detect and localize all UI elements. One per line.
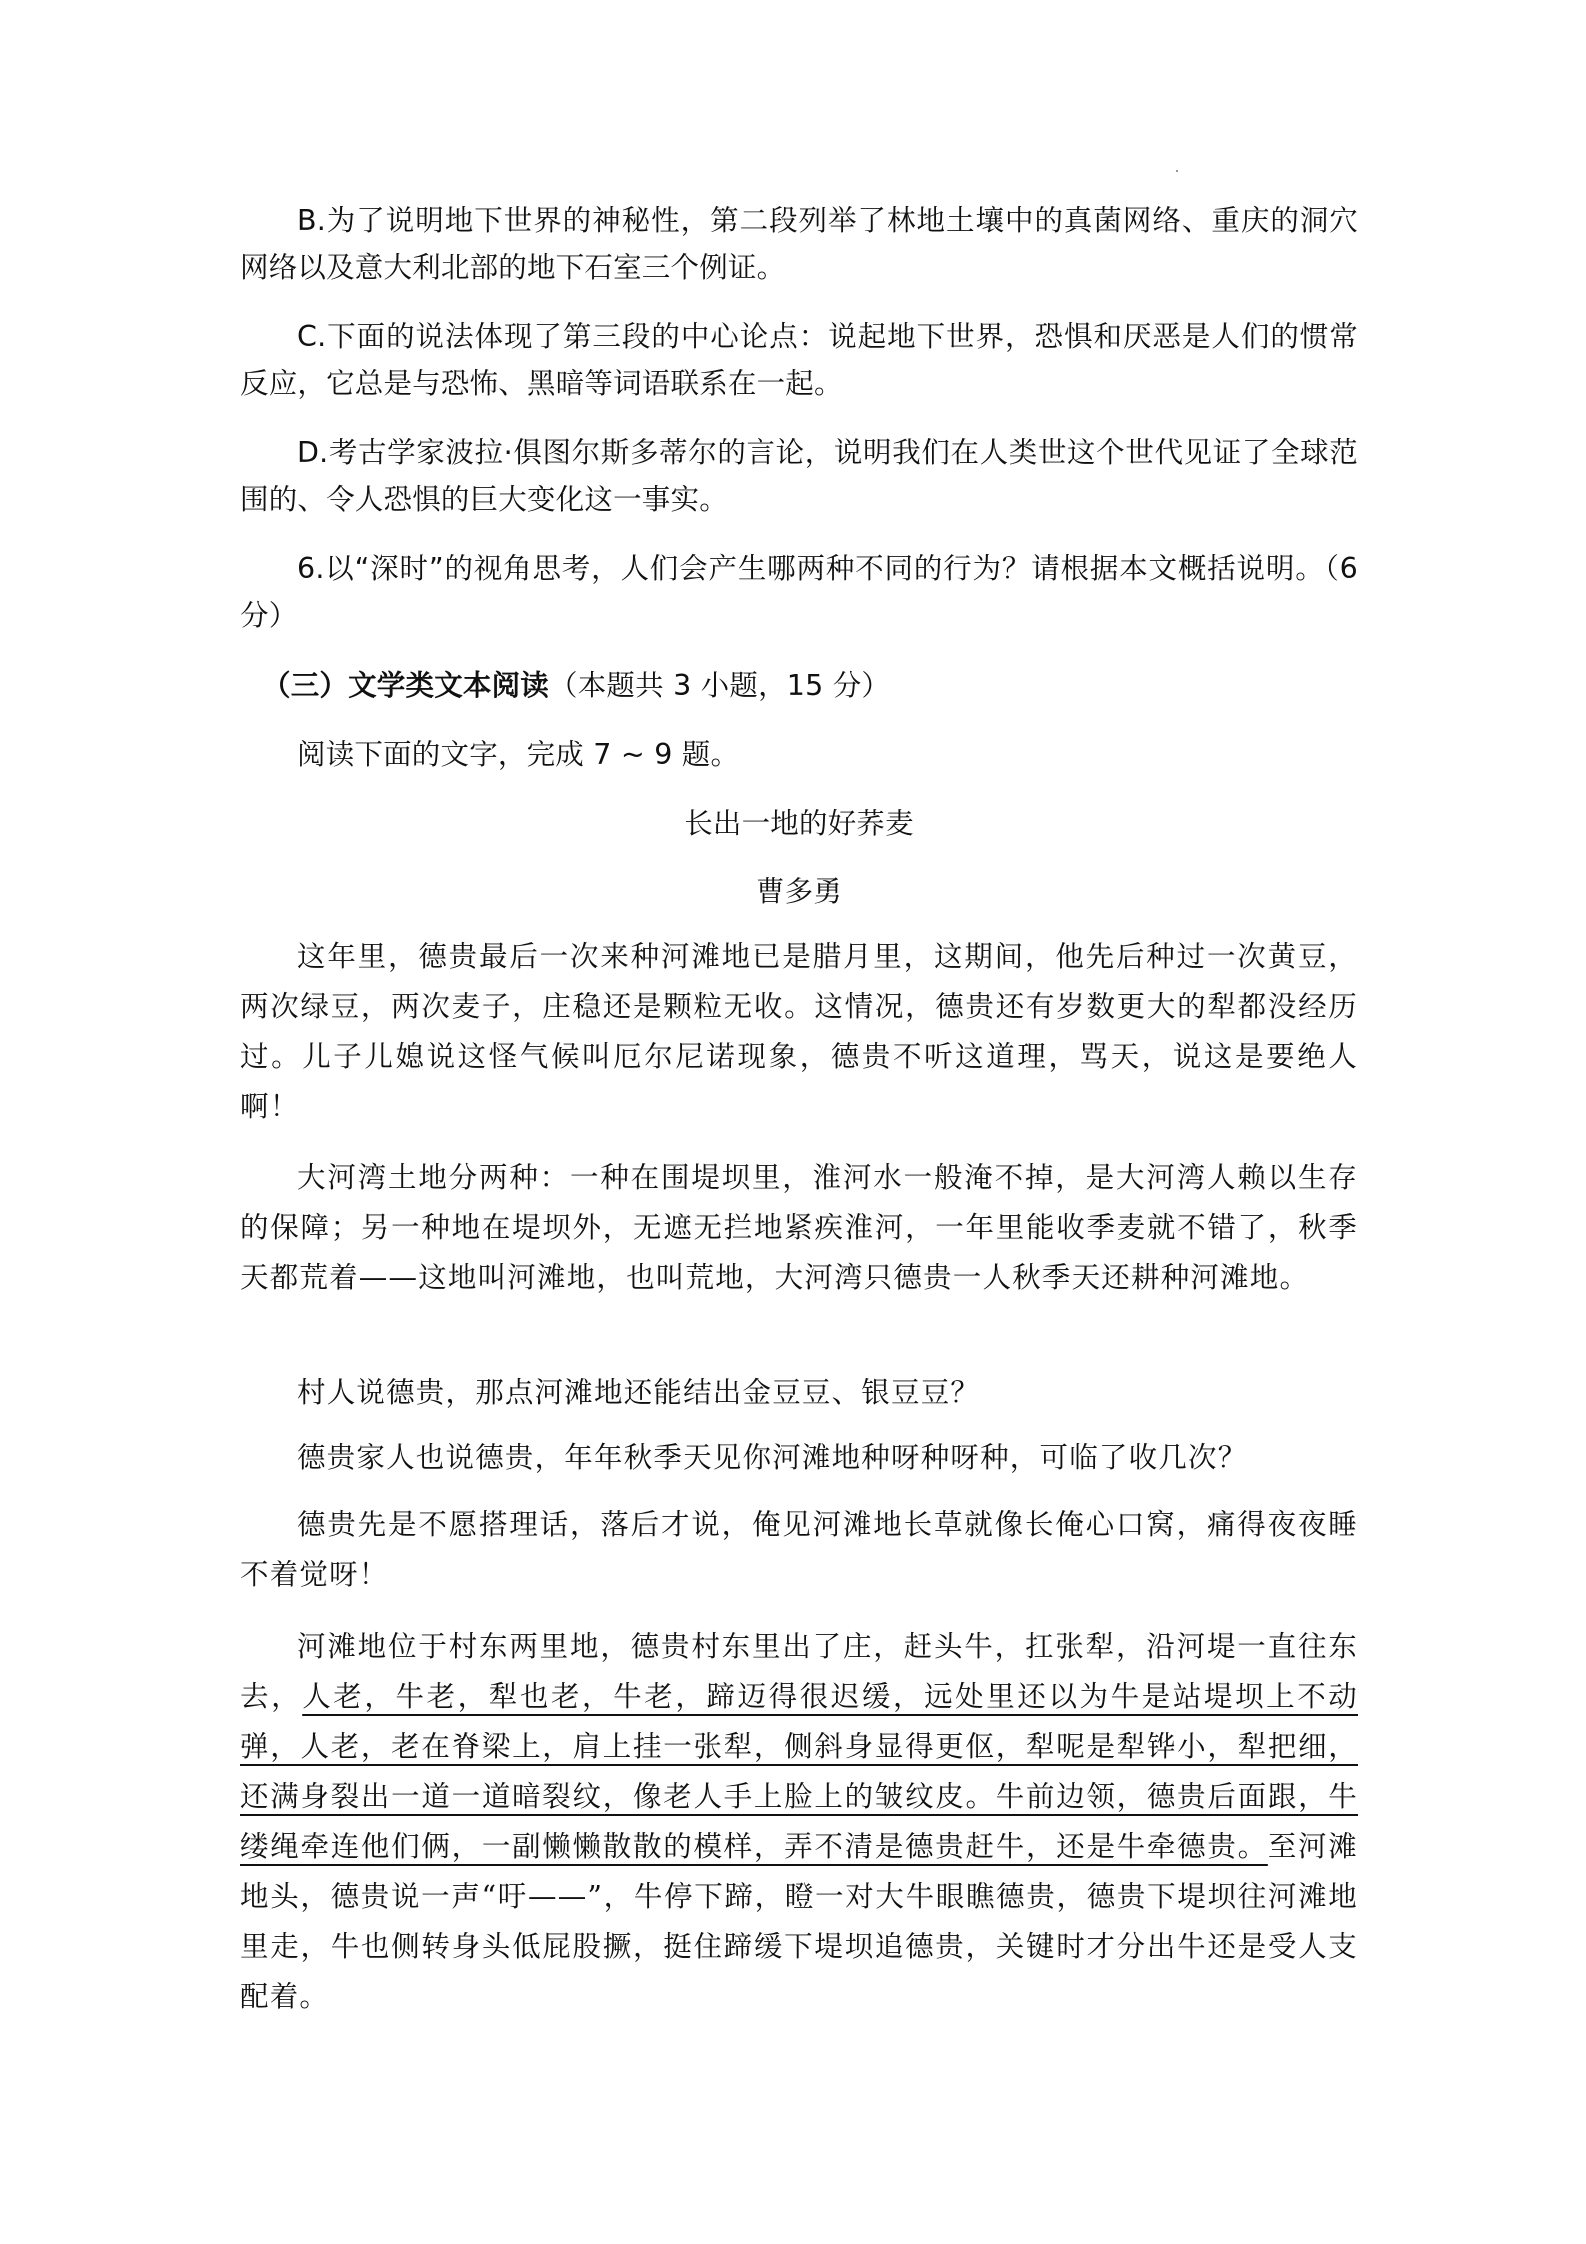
paragraph-text: 河滩地位于村东两里地，德贵村东里出了庄，赶头牛，扛张犁，沿河堤一直往东去，人老，… [240,1622,1358,2022]
paragraph-text: 村人说德贵，那点河滩地还能结出金豆豆、银豆豆？ [240,1368,1358,1418]
option-c: C.下面的说法体现了第三段的中心论点：说起地下世界，恐惧和厌恶是人们的惯常反应，… [240,313,1358,407]
story-paragraph-4: 德贵家人也说德贵，年年秋季天见你河滩地种呀种呀种，可临了收几次？ [240,1433,1358,1483]
exam-page: B.为了说明地下世界的神秘性，第二段列举了林地土壤中的真菌网络、重庆的洞穴网络以… [0,0,1586,2244]
story-paragraph-1: 这年里，德贵最后一次来种河滩地已是腊月里，这期间，他先后种过一次黄豆，两次绿豆，… [240,932,1358,1132]
story-paragraph-5: 德贵先是不愿搭理话，落后才说，俺见河滩地长草就像长俺心口窝，痛得夜夜睡不着觉呀！ [240,1500,1358,1600]
question-6-text: 6.以“深时”的视角思考，人们会产生哪两种不同的行为？请根据本文概括说明。（6分… [240,545,1358,639]
scan-speck [1176,170,1178,172]
instruction-text: 阅读下面的文字，完成 7 ~ 9 题。 [240,731,1358,778]
option-b-text: B.为了说明地下世界的神秘性，第二段列举了林地土壤中的真菌网络、重庆的洞穴网络以… [240,197,1358,291]
option-d-text: D.考古学家波拉·俱图尔斯多蒂尔的言论，说明我们在人类世这个世代见证了全球范围的… [240,429,1358,523]
option-b: B.为了说明地下世界的神秘性，第二段列举了林地土壤中的真菌网络、重庆的洞穴网络以… [240,197,1358,291]
option-d: D.考古学家波拉·俱图尔斯多蒂尔的言论，说明我们在人类世这个世代见证了全球范围的… [240,429,1358,523]
question-6: 6.以“深时”的视角思考，人们会产生哪两种不同的行为？请根据本文概括说明。（6分… [240,545,1358,639]
story-paragraph-3: 村人说德贵，那点河滩地还能结出金豆豆、银豆豆？ [240,1368,1358,1418]
section-note: （本题共 3 小题，15 分） [549,669,890,702]
story-title-block: 长出一地的好荞麦 [240,800,1358,847]
story-author-block: 曹多勇 [240,868,1358,915]
section-heading: （三）文学类文本阅读（本题共 3 小题，15 分） [262,662,1380,709]
story-title: 长出一地的好荞麦 [240,800,1358,847]
story-author: 曹多勇 [240,868,1358,915]
instruction: 阅读下面的文字，完成 7 ~ 9 题。 [240,731,1358,778]
paragraph-text: 大河湾土地分两种：一种在围堤坝里，淮河水一般淹不掉，是大河湾人赖以生存的保障；另… [240,1153,1358,1303]
underlined-passage: 人老，牛老，犁也老，牛老，蹄迈得很迟缓，远处里还以为牛是站堤坝上不动弹，人老，老… [240,1680,1358,1863]
story-paragraph-6: 河滩地位于村东两里地，德贵村东里出了庄，赶头牛，扛张犁，沿河堤一直往东去，人老，… [240,1622,1358,2022]
section-title: （三）文学类文本阅读 [262,669,549,702]
paragraph-text: 德贵家人也说德贵，年年秋季天见你河滩地种呀种呀种，可临了收几次？ [240,1433,1358,1483]
story-paragraph-2: 大河湾土地分两种：一种在围堤坝里，淮河水一般淹不掉，是大河湾人赖以生存的保障；另… [240,1153,1358,1303]
paragraph-text: 德贵先是不愿搭理话，落后才说，俺见河滩地长草就像长俺心口窝，痛得夜夜睡不着觉呀！ [240,1500,1358,1600]
option-c-text: C.下面的说法体现了第三段的中心论点：说起地下世界，恐惧和厌恶是人们的惯常反应，… [240,313,1358,407]
paragraph-text: 这年里，德贵最后一次来种河滩地已是腊月里，这期间，他先后种过一次黄豆，两次绿豆，… [240,932,1358,1132]
